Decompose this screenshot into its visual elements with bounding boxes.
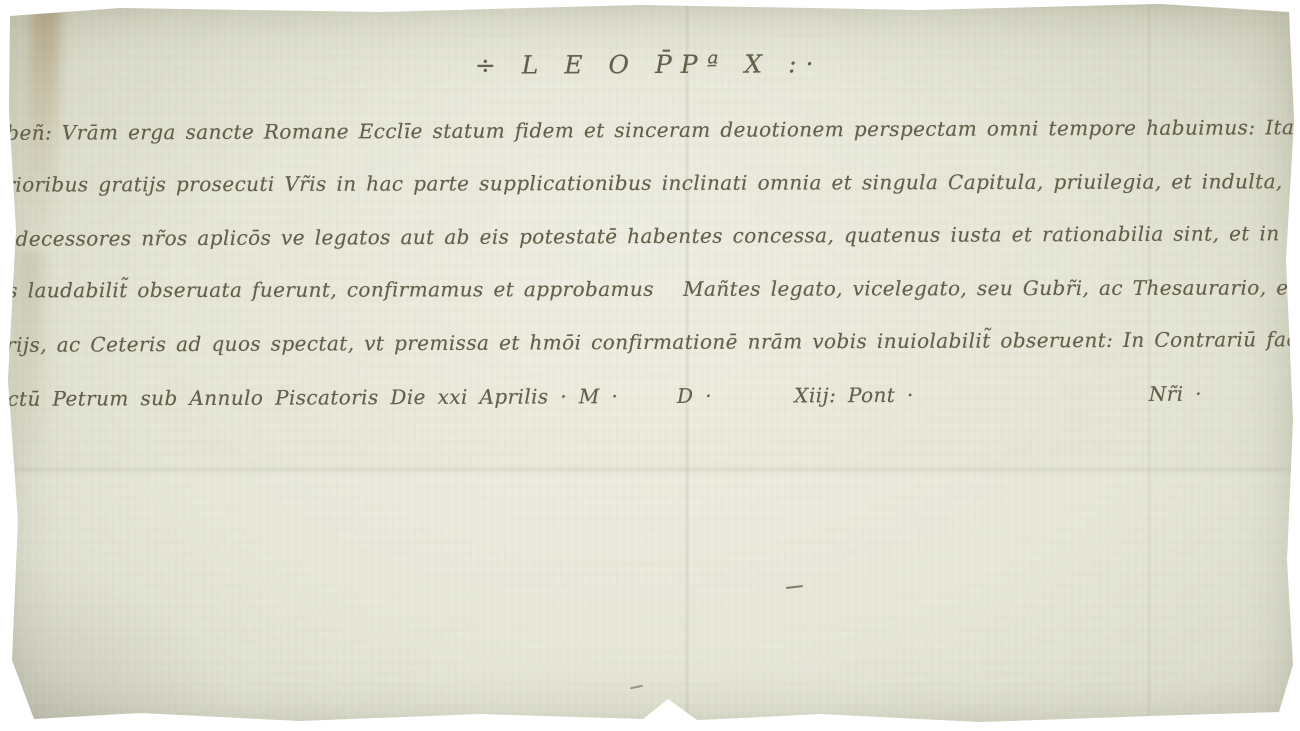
manuscript-line: erioribus gratijs prosecuti Vr̃is in hac…	[0, 169, 1300, 197]
manuscript-line: erijs, ac Ceteris ad quos spectat, vt pr…	[0, 327, 1300, 357]
document-scan: ÷ L E O P̄Pª X :· nbeñ: Vrām erga sancte…	[0, 0, 1300, 731]
manuscript-line: redecessores nr̃os aplicōs ve legatos au…	[0, 221, 1300, 251]
manuscript-line-dating-clause: nctū Petrum sub Annulo Piscatoris Die xx…	[0, 382, 1202, 411]
manuscript-text-block: ÷ L E O P̄Pª X :· nbeñ: Vrām erga sancte…	[0, 0, 1300, 731]
manuscript-line: iis laudabilit̃ obseruata fuerunt, confi…	[0, 275, 1300, 302]
heading-leo-pp-x: ÷ L E O P̄Pª X :·	[0, 47, 1299, 82]
manuscript-line: nbeñ: Vrām erga sancte Romane Ecclīe sta…	[0, 115, 1300, 145]
parchment-sheet: ÷ L E O P̄Pª X :· nbeñ: Vrām erga sancte…	[0, 0, 1300, 731]
